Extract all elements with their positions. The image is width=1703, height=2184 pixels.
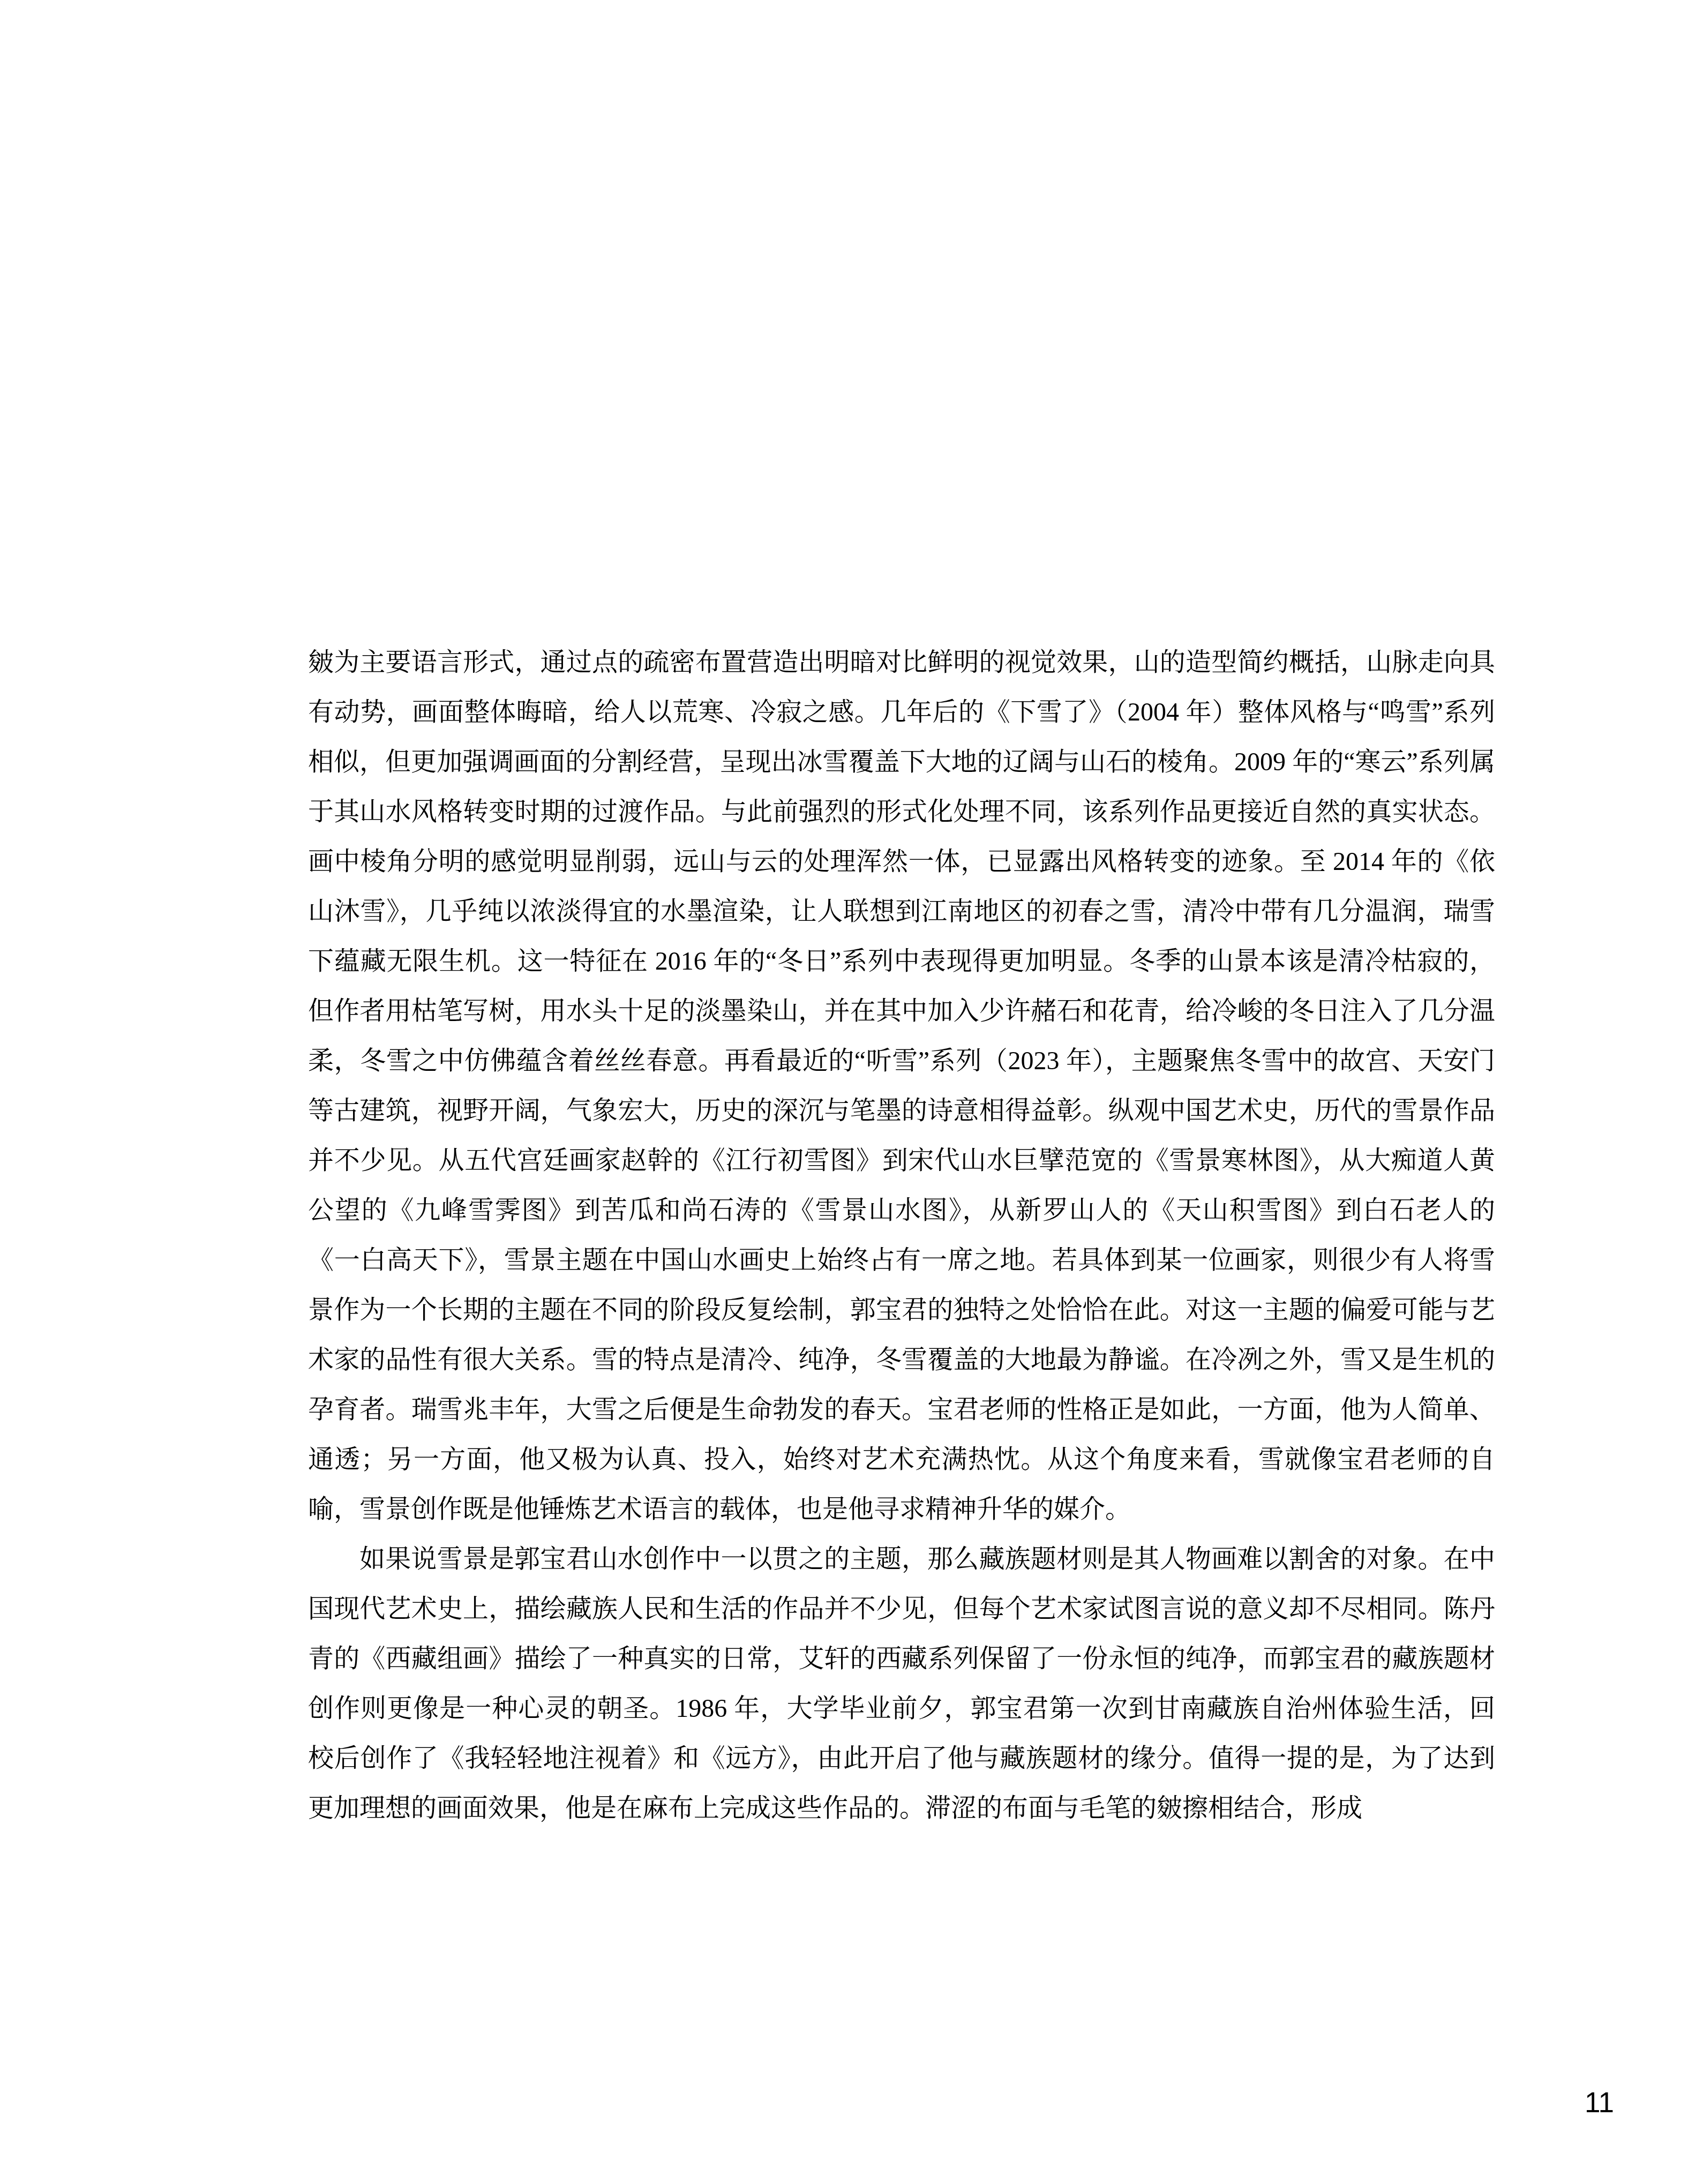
document-page: 皴为主要语言形式，通过点的疏密布置营造出明暗对比鲜明的视觉效果，山的造型简约概括…	[0, 0, 1703, 2184]
body-paragraph-1: 皴为主要语言形式，通过点的疏密布置营造出明暗对比鲜明的视觉效果，山的造型简约概括…	[308, 637, 1495, 1534]
body-text: 皴为主要语言形式，通过点的疏密布置营造出明暗对比鲜明的视觉效果，山的造型简约概括…	[308, 637, 1495, 1833]
body-paragraph-2: 如果说雪景是郭宝君山水创作中一以贯之的主题，那么藏族题材则是其人物画难以割舍的对…	[308, 1534, 1495, 1833]
page-number: 11	[1585, 2087, 1614, 2119]
